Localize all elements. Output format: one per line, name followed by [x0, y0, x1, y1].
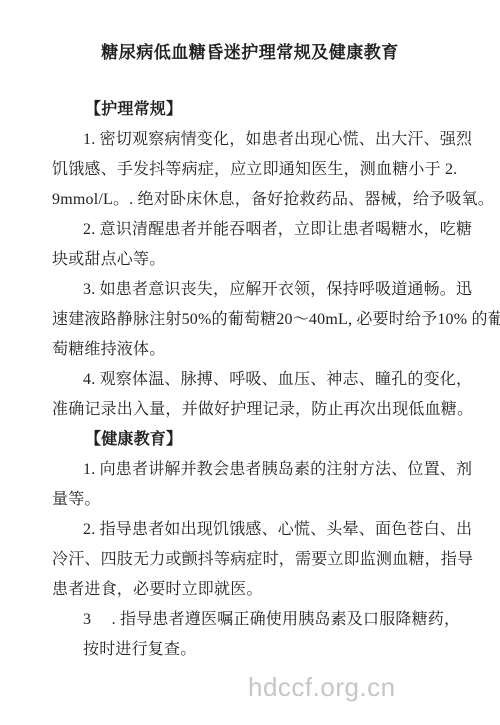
- text-line: 1. 向患者讲解并教会患者胰岛素的注射方法、位置、剂: [52, 455, 472, 485]
- text-line: 2. 意识清醒患者并能吞咽者，立即让患者喝糖水，吃糖: [52, 215, 472, 245]
- document-body: 【护理常规】 1. 密切观察病情变化，如患者出现心慌、出大汗、强烈 饥饿感、手发…: [52, 95, 472, 665]
- text-line: 块或甜点心等。: [52, 245, 472, 275]
- text-line: 量等。: [52, 485, 472, 515]
- section-heading-nursing-routine: 【护理常规】: [52, 95, 472, 125]
- document-title: 糖尿病低血糖昏迷护理常规及健康教育: [0, 38, 500, 63]
- text-line: 4. 观察体温、脉搏、呼吸、血压、神志、瞳孔的变化，: [52, 365, 472, 395]
- text-line: 按时进行复查。: [52, 635, 472, 665]
- text-line: 准确记录出入量，并做好护理记录，防止再次出现低血糖。: [52, 395, 472, 425]
- watermark-text: hdccf.org.cn: [248, 672, 396, 703]
- text-line: 1. 密切观察病情变化，如患者出现心慌、出大汗、强烈: [52, 125, 472, 155]
- text-line: 速建液路静脉注射50%的葡萄糖20～40mL, 必要时给予10% 的葡: [52, 305, 472, 335]
- text-line: 萄糖维持液体。: [52, 335, 472, 365]
- text-line: 9mmol/L。. 绝对卧床休息，备好抢救药品、器械，给予吸氧。: [52, 185, 472, 215]
- document-page: 糖尿病低血糖昏迷护理常规及健康教育 【护理常规】 1. 密切观察病情变化，如患者…: [0, 0, 500, 725]
- text-line: 3 . 指导患者遵医嘱正确使用胰岛素及口服降糖药，: [52, 605, 472, 635]
- text-line: 饥饿感、手发抖等病症，应立即通知医生，测血糖小于 2.: [52, 155, 472, 185]
- text-line: 冷汗、四肢无力或颤抖等病症时，需要立即监测血糖，指导: [52, 545, 472, 575]
- text-line: 2. 指导患者如出现饥饿感、心慌、头晕、面色苍白、出: [52, 515, 472, 545]
- text-line: 患者进食，必要时立即就医。: [52, 575, 472, 605]
- section-heading-health-education: 【健康教育】: [52, 425, 472, 455]
- text-line: 3. 如患者意识丧失，应解开衣领，保持呼吸道通畅。迅: [52, 275, 472, 305]
